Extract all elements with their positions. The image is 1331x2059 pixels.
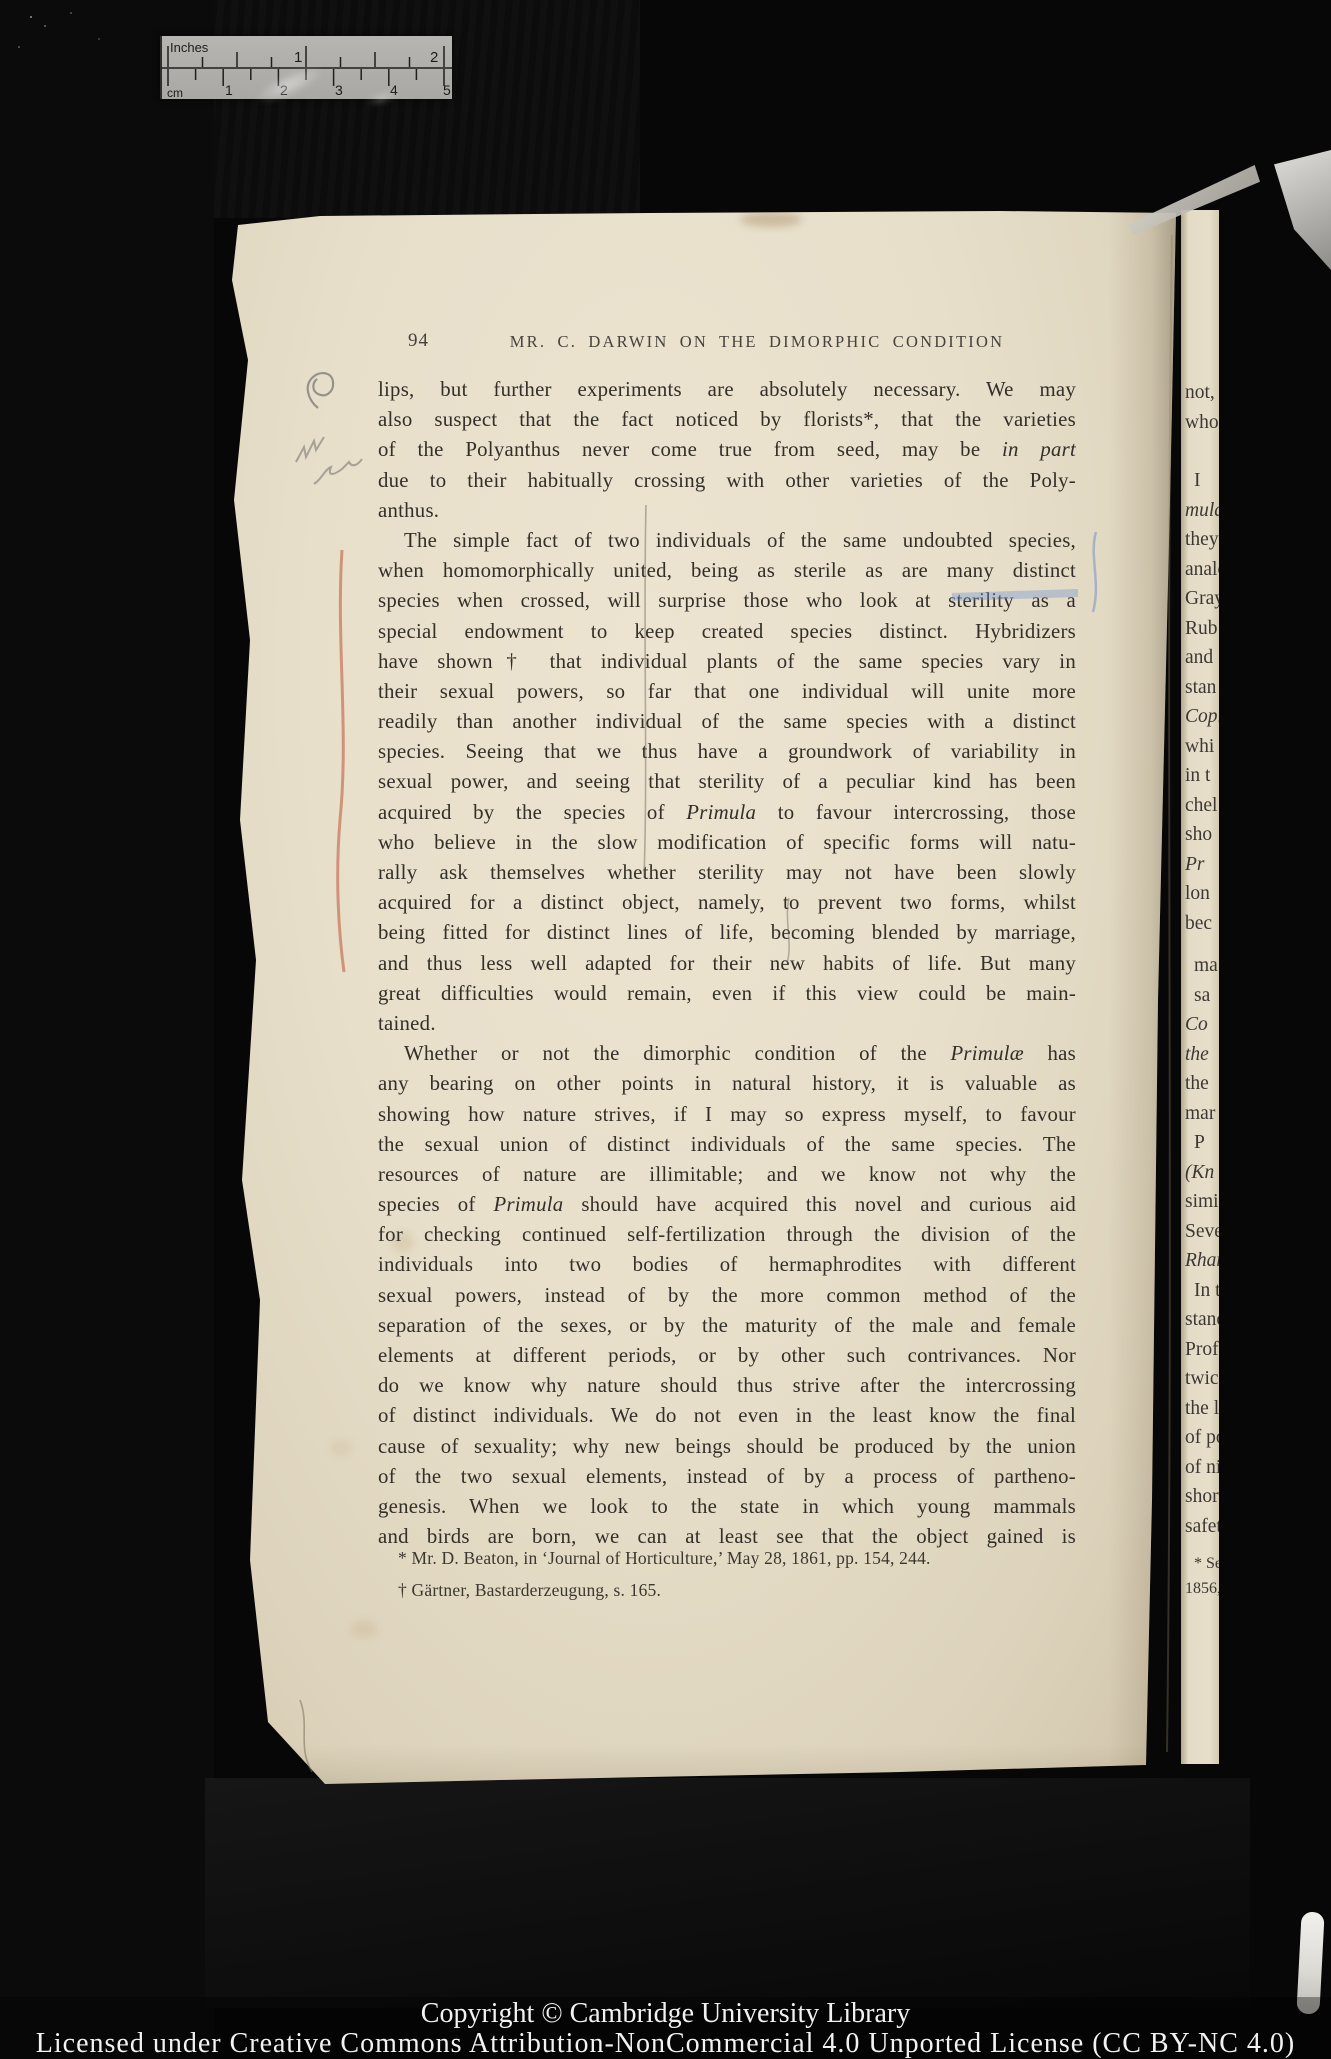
page-edge-top-right <box>1254 150 1331 270</box>
cm-number: 4 <box>390 82 398 98</box>
facing-fragment: Gray <box>1185 584 1219 614</box>
footnote: † Gärtner, Bastarderzeugung, s. 165. <box>398 1580 1098 1601</box>
body-line: individuals into two bodies of hermaphro… <box>378 1253 1076 1283</box>
body-line: elements at different periods, or by oth… <box>378 1344 1076 1374</box>
facing-fragment: safety i <box>1185 1512 1219 1542</box>
facing-fragment: sho <box>1185 820 1219 850</box>
facing-fragment: Prof. <box>1185 1335 1219 1365</box>
footnote: * Mr. D. Beaton, in ‘Journal of Horticul… <box>398 1548 1098 1569</box>
body-line: cause of sexuality; why new beings shoul… <box>378 1435 1076 1465</box>
body-line: of the two sexual elements, instead of b… <box>378 1465 1076 1495</box>
facing-fragment: bec <box>1185 909 1219 939</box>
body-line: separation of the sexes, or by the matur… <box>378 1314 1076 1344</box>
body-line: when homomorphically united, being as st… <box>378 559 1076 589</box>
facing-fragment: whol <box>1185 408 1219 438</box>
facing-fragment: sa <box>1194 981 1219 1011</box>
body-line: showing how nature strives, if I may so … <box>378 1103 1076 1133</box>
license-line: Licensed under Creative Commons Attribut… <box>0 2029 1331 2058</box>
body-line: great difficulties would remain, even if… <box>378 982 1076 1012</box>
facing-fragment: Pr <box>1185 850 1219 880</box>
facing-fragment: * See <box>1194 1551 1219 1576</box>
running-header: 94 MR. C. DARWIN ON THE DIMORPHIC CONDIT… <box>378 330 1076 356</box>
inch-number: 1 <box>294 49 302 66</box>
facing-fragment: the ler <box>1185 1394 1219 1424</box>
facing-fragment: (Kn <box>1185 1158 1219 1188</box>
body-line: species. Seeing that we thus have a grou… <box>378 740 1076 770</box>
book-cover-cloth-left <box>0 0 214 2059</box>
inch-number: 2 <box>430 49 438 66</box>
body-line: also suspect that the fact noticed by fl… <box>378 408 1076 438</box>
body-line: their sexual powers, so far that one ind… <box>378 680 1076 710</box>
body-line: lips, but further experiments are absolu… <box>378 378 1076 408</box>
facing-fragment: Rub <box>1185 614 1219 644</box>
body-line: readily than another individual of the s… <box>378 710 1076 740</box>
measurement-ruler: Inches cm 1 2 1 2 3 4 5 <box>160 36 452 99</box>
page-curl-shadow <box>1108 192 1180 1788</box>
facing-fragment: stance <box>1185 1305 1219 1335</box>
facing-fragment: of poll <box>1185 1423 1219 1453</box>
body-line: species of Primula should have acquired … <box>378 1193 1076 1223</box>
body-line: anthus. <box>378 499 1076 529</box>
ruler-cm-label: cm <box>167 86 183 99</box>
book-cover-cloth-bottom <box>205 1778 1250 2008</box>
facing-fragment: I <box>1194 466 1219 496</box>
facing-fragment: stan <box>1185 673 1219 703</box>
facing-fragment: analo <box>1185 555 1219 585</box>
ruler-scale: Inches cm 1 2 1 2 3 4 5 <box>162 36 452 99</box>
facing-fragment: P <box>1194 1128 1219 1158</box>
body-line: acquired for a distinct object, namely, … <box>378 891 1076 921</box>
body-line: of distinct individuals. We do not even … <box>378 1404 1076 1434</box>
facing-fragment: whi <box>1185 732 1219 762</box>
facing-fragment: mula <box>1185 496 1219 526</box>
body-line: being fitted for distinct lines of life,… <box>378 921 1076 951</box>
facing-fragment: and <box>1185 643 1219 673</box>
facing-fragment: 1856, p. <box>1185 1576 1219 1601</box>
body-text: lips, but further experiments are absolu… <box>378 378 1076 1555</box>
license-footer: Copyright © Cambridge University Library… <box>0 1997 1331 2059</box>
cm-number: 2 <box>280 82 288 98</box>
page-number: 94 <box>408 330 429 352</box>
paper-stain <box>740 212 802 227</box>
body-line: sexual powers, instead of by the more co… <box>378 1284 1076 1314</box>
body-line: and thus less well adapted for their new… <box>378 952 1076 982</box>
paper-stain <box>330 1440 352 1456</box>
facing-fragment: short s <box>1185 1482 1219 1512</box>
facing-fragment: Copi <box>1185 702 1219 732</box>
scanned-book-photograph: 94 MR. C. DARWIN ON THE DIMORPHIC CONDIT… <box>0 0 1331 2059</box>
facing-fragment: the <box>1185 1040 1219 1070</box>
body-line: acquired by the species of Primula to fa… <box>378 801 1076 831</box>
body-line: species when crossed, will surprise thos… <box>378 589 1076 619</box>
cm-number: 3 <box>335 82 343 98</box>
body-line: genesis. When we look to the state in wh… <box>378 1495 1076 1525</box>
body-line: do we know why nature should thus strive… <box>378 1374 1076 1404</box>
facing-fragment: of nine <box>1185 1453 1219 1483</box>
facing-fragment: lon <box>1185 879 1219 909</box>
body-line: of the Polyanthus never come true from s… <box>378 438 1076 468</box>
copyright-line: Copyright © Cambridge University Library <box>0 1999 1331 2029</box>
paper-stain <box>350 1620 378 1638</box>
facing-fragment: not, <box>1185 378 1219 408</box>
body-line: sexual power, and seeing that sterility … <box>378 770 1076 800</box>
running-head-title: MR. C. DARWIN ON THE DIMORPHIC CONDITION <box>438 332 1076 352</box>
scanned-page: 94 MR. C. DARWIN ON THE DIMORPHIC CONDIT… <box>212 192 1180 1788</box>
body-line: for checking continued self-fertilizatio… <box>378 1223 1076 1253</box>
facing-fragment: the <box>1185 1069 1219 1099</box>
facing-fragment: ma <box>1194 951 1219 981</box>
facing-fragment: simi <box>1185 1187 1219 1217</box>
body-line: rally ask themselves whether sterility m… <box>378 861 1076 891</box>
body-line: who believe in the slow modification of … <box>378 831 1076 861</box>
dust-speckles <box>30 16 32 18</box>
facing-fragment: In th <box>1194 1276 1219 1306</box>
body-line: any bearing on other points in natural h… <box>378 1072 1076 1102</box>
facing-fragment: Rhan <box>1185 1246 1219 1276</box>
body-line: The simple fact of two individuals of th… <box>378 529 1076 559</box>
facing-fragment: Co <box>1185 1010 1219 1040</box>
facing-fragment: mar <box>1185 1099 1219 1129</box>
cm-number: 1 <box>225 82 233 98</box>
ruler-inches-label: Inches <box>170 40 209 55</box>
body-line: tained. <box>378 1012 1076 1042</box>
facing-fragment: they <box>1185 525 1219 555</box>
body-line: resources of nature are illimitable; and… <box>378 1163 1076 1193</box>
body-line: special endowment to keep created specie… <box>378 620 1076 650</box>
body-line: the sexual union of distinct individuals… <box>378 1133 1076 1163</box>
facing-fragment: twice <box>1185 1364 1219 1394</box>
body-line: have shown† that individual plants of th… <box>378 650 1076 680</box>
body-line: Whether or not the dimorphic condition o… <box>378 1042 1076 1072</box>
facing-page-sliver: not,wholImulatheyanaloGrayRubandstanCopi… <box>1181 210 1219 1764</box>
facing-fragment: in t <box>1185 761 1219 791</box>
body-line: due to their habitually crossing with ot… <box>378 469 1076 499</box>
facing-fragment: Seve <box>1185 1217 1219 1247</box>
facing-fragment: chel <box>1185 791 1219 821</box>
